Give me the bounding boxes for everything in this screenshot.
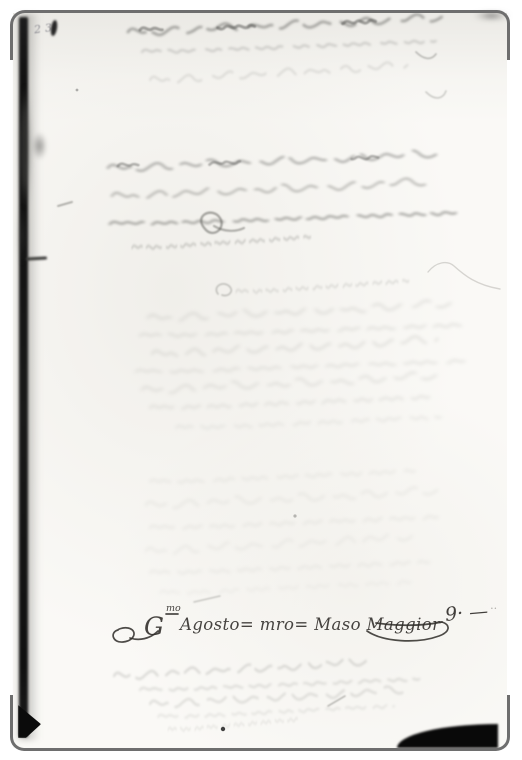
- amount-notation: 9· —··: [445, 602, 521, 638]
- viewport-frame-top: [10, 10, 510, 60]
- scanned-document-viewport: 23: [0, 0, 522, 760]
- signature-initial: G: [144, 612, 164, 641]
- signature-opening-flourish: [113, 628, 134, 642]
- bleed-block-middle-a: [58, 150, 456, 251]
- bleed-block-lower: [146, 470, 438, 602]
- amount-value: 9· —: [444, 600, 489, 626]
- bleed-block-middle-b: [136, 263, 500, 429]
- viewport-frame-bottom: [10, 695, 510, 751]
- faint-crease-curve: [428, 263, 500, 289]
- signature-superscript: mo: [166, 603, 181, 614]
- amount-trailing-dots: ··: [490, 602, 497, 615]
